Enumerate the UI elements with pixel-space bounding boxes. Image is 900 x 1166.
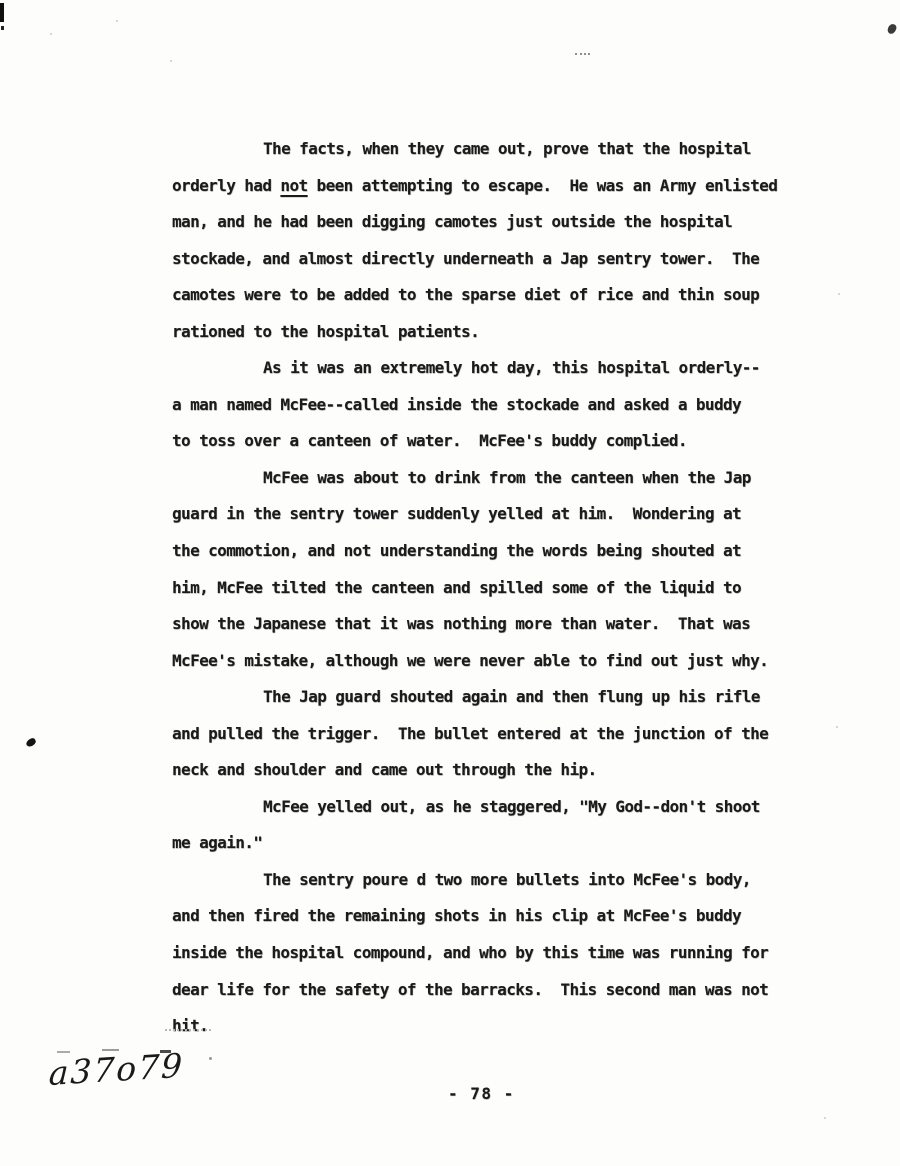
scan-speck xyxy=(838,293,840,295)
text-segment: stockade, and almost directly underneath… xyxy=(172,249,759,268)
text-segment: As it was an extremely hot day, this hos… xyxy=(263,358,760,377)
text-segment: The facts, when they came out, prove tha… xyxy=(263,139,751,158)
text-segment: him, McFee tilted the canteen and spille… xyxy=(172,578,741,597)
text-line: McFee yelled out, as he staggered, "My G… xyxy=(172,789,832,826)
scan-speck xyxy=(824,1117,826,1119)
text-segment: the commotion, and not understanding the… xyxy=(172,541,741,560)
text-segment: McFee was about to drink from the cantee… xyxy=(263,468,751,487)
text-line: dear life for the safety of the barracks… xyxy=(172,972,832,1009)
page-number: - 78 - xyxy=(448,1084,515,1103)
scan-edge-mark xyxy=(0,3,4,22)
text-segment: McFee yelled out, as he staggered, "My G… xyxy=(263,797,760,816)
text-segment: camotes were to be added to the sparse d… xyxy=(172,285,759,304)
text-line: The Jap guard shouted again and then flu… xyxy=(172,679,832,716)
text-line: to toss over a canteen of water. McFee's… xyxy=(172,423,832,460)
scan-smudge xyxy=(887,23,898,35)
text-line: camotes were to be added to the sparse d… xyxy=(172,277,832,314)
ink-blot xyxy=(25,737,37,748)
text-line: neck and shoulder and came out through t… xyxy=(172,752,832,789)
text-line: As it was an extremely hot day, this hos… xyxy=(172,350,832,387)
text-segment: McFee's mistake, although we were never … xyxy=(172,651,768,670)
text-segment: guard in the sentry tower suddenly yelle… xyxy=(172,504,741,523)
scan-speck xyxy=(116,20,118,22)
document-text: The facts, when they came out, prove tha… xyxy=(172,131,832,1045)
handwritten-annotation: a37o79 xyxy=(48,1046,185,1093)
scan-speck xyxy=(170,60,172,62)
text-line: stockade, and almost directly underneath… xyxy=(172,241,832,278)
text-segment: me again." xyxy=(172,833,262,852)
text-segment: and pulled the trigger. The bullet enter… xyxy=(172,724,768,743)
text-segment: dear life for the safety of the barracks… xyxy=(172,980,768,999)
text-line: man, and he had been digging camotes jus… xyxy=(172,204,832,241)
text-line: and pulled the trigger. The bullet enter… xyxy=(172,716,832,753)
text-line: and then fired the remaining shots in hi… xyxy=(172,898,832,935)
text-line: show the Japanese that it was nothing mo… xyxy=(172,606,832,643)
scan-edge-dot xyxy=(1,26,4,30)
underlined-word: not xyxy=(280,176,307,195)
text-segment: and then fired the remaining shots in hi… xyxy=(172,906,741,925)
text-segment: The Jap guard shouted again and then flu… xyxy=(263,687,760,706)
scanned-document-page: The facts, when they came out, prove tha… xyxy=(0,0,900,1166)
text-line: him, McFee tilted the canteen and spille… xyxy=(172,570,832,607)
text-line: the commotion, and not understanding the… xyxy=(172,533,832,570)
text-segment: been attempting to escape. He was an Arm… xyxy=(308,176,778,195)
text-segment: orderly had xyxy=(172,176,280,195)
text-line: guard in the sentry tower suddenly yelle… xyxy=(172,496,832,533)
text-line: hit. xyxy=(172,1008,832,1045)
text-segment: show the Japanese that it was nothing mo… xyxy=(172,614,750,633)
text-segment: rationed to the hospital patients. xyxy=(172,322,479,341)
text-segment: man, and he had been digging camotes jus… xyxy=(172,212,732,231)
text-line: inside the hospital compound, and who by… xyxy=(172,935,832,972)
scan-dotted-mark xyxy=(575,53,590,55)
text-segment: to toss over a canteen of water. McFee's… xyxy=(172,431,687,450)
text-line: a man named McFee--called inside the sto… xyxy=(172,387,832,424)
text-line: The facts, when they came out, prove tha… xyxy=(172,131,832,168)
text-segment: neck and shoulder and came out through t… xyxy=(172,760,597,779)
text-segment: a man named McFee--called inside the sto… xyxy=(172,395,741,414)
text-segment: inside the hospital compound, and who by… xyxy=(172,943,768,962)
text-line: McFee's mistake, although we were never … xyxy=(172,643,832,680)
text-line: rationed to the hospital patients. xyxy=(172,314,832,351)
text-line: McFee was about to drink from the cantee… xyxy=(172,460,832,497)
text-line: me again." xyxy=(172,825,832,862)
scan-speck xyxy=(50,33,52,35)
text-line: The sentry poure d two more bullets into… xyxy=(172,862,832,899)
text-segment: The sentry poure d two more bullets into… xyxy=(263,870,751,889)
scan-speck xyxy=(836,726,838,728)
text-line: orderly had not been attempting to escap… xyxy=(172,168,832,205)
text-segment: hit. xyxy=(172,1016,208,1035)
pencil-dot xyxy=(209,1057,212,1060)
